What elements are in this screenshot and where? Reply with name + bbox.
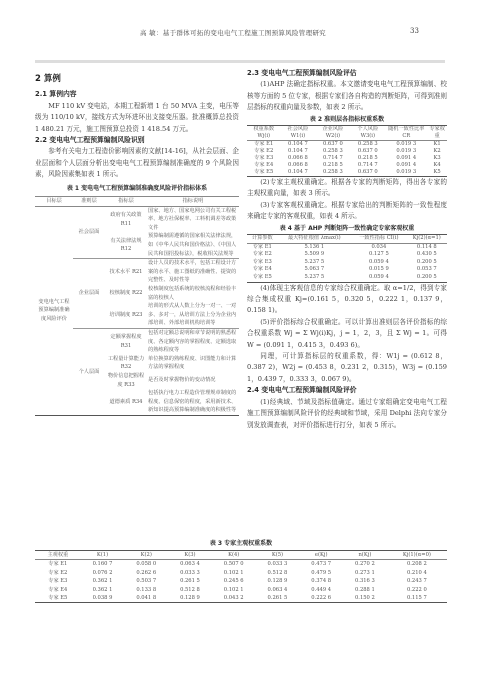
cell: 0.102 1	[212, 569, 256, 577]
cell: 0.091 4	[385, 155, 427, 162]
table4-header: Kj(2)(α=1)	[407, 235, 447, 244]
cell: 0.053 7	[407, 266, 447, 274]
cell: 0.714 7	[315, 155, 350, 162]
cell: K1	[427, 141, 447, 149]
cell: 0.015 9	[351, 266, 407, 274]
table1-caption: 表 1 变电电气工程预算编制准确度风险评价指标体系	[35, 183, 239, 194]
paragraph-indicator-weight: (5)评价指标综合权重确定。可以计算出准则层各评价指标的综合权重系数 Wj = …	[247, 317, 447, 351]
page-number: 33	[410, 27, 419, 35]
cell: 0.243 7	[387, 577, 447, 585]
cell: 0.479 5	[299, 569, 343, 577]
paragraph-subjective-weight: (2)专家主观权重确定。根据各专家的判断矩阵，得出各专家的主观权重向量，如表 3…	[247, 177, 447, 200]
cell: 0.218 5	[315, 162, 350, 169]
cell: 0.076 2	[81, 569, 125, 577]
table2-header: 个人风险 W3(i)	[350, 126, 385, 141]
cell: 0.059 4	[351, 274, 407, 282]
cell: 0.041 8	[124, 594, 168, 603]
table3-caption: 表 3 专家主观权重系数	[35, 538, 447, 547]
cell: 0.288 1	[343, 586, 387, 594]
cell: 0.058 0	[124, 560, 168, 569]
table4-header: 计算参数	[247, 235, 278, 244]
cell: 0.066 8	[280, 162, 315, 169]
cell: 0.270 2	[343, 560, 387, 569]
table1-indicator: 培训制度 R23	[105, 302, 147, 328]
cell: 专家 E5	[247, 169, 280, 177]
running-title: 高 敏：基于群体可拓的变电电气工程施工图预算风险管理研究	[140, 28, 326, 37]
right-column: 2.3 变电电气工程预算编制风险评估 (1)AHP 法确定指标权重。本文邀请变电…	[247, 68, 447, 431]
table-row: 专家 E50.104 70.258 30.637 00.019 3K5	[247, 169, 447, 177]
cell: 0.043 2	[212, 594, 256, 603]
cell: 0.637 0	[350, 148, 385, 155]
cell: 0.512 8	[256, 569, 300, 577]
table3-header: K(4)	[212, 551, 256, 560]
table1-indicator: 技术水平 R21	[105, 259, 147, 285]
table1-desc: 单位换算的熟练程度、识图能力和计算方法的掌握程度	[147, 355, 239, 372]
cell: 0.104 7	[280, 141, 315, 149]
cell: 0.430 5	[407, 251, 447, 259]
table1-criterion: 社会层面	[73, 206, 105, 259]
paragraph-2-1: MF 110 kV 变电站，本期工程新增 1 台 50 MVA 主变，电压等级为…	[35, 101, 239, 135]
table3-header: e(Kj)	[299, 551, 343, 560]
table1-indicator: 物价信息把握程度 R33	[105, 372, 147, 389]
table3-header: K(3)	[168, 551, 212, 560]
table3-header: K(5)	[256, 551, 300, 560]
cell: 0.102 1	[212, 586, 256, 594]
table-row: 专家 E30.362 10.503 70.261 50.245 60.128 9…	[35, 577, 447, 585]
table3-header: K(2)	[124, 551, 168, 560]
table1-desc: 培训的形式从人数上分为一对一、一对多、多对一，从培训方法上分为企业内部培训、外部…	[147, 302, 239, 328]
cell: 专家 E3	[35, 577, 81, 585]
table-row: 专家 E55.237 50.059 40.200 5	[247, 274, 447, 282]
table2-header: 企业风险 W2(i)	[315, 126, 350, 141]
top-divider	[35, 60, 445, 63]
cell: 0.063 4	[256, 586, 300, 594]
cell: K3	[427, 155, 447, 162]
cell: 专家 E5	[247, 274, 278, 282]
cell: 专家 E2	[247, 251, 278, 259]
cell: 0.273 1	[343, 569, 387, 577]
paragraph-2-2: 参考有关电力工程造价影响因素的文献[14-16]，从社会层面、企业层面和个人层面…	[35, 146, 239, 180]
cell: 0.258 3	[350, 141, 385, 149]
table3-header: Kj(1)(α=0)	[387, 551, 447, 560]
table1-desc: 是否及时掌握物价的变动情况	[147, 372, 239, 389]
cell: 0.160 7	[81, 560, 125, 569]
table1-indicator: 道德素质 R34	[105, 389, 147, 415]
cell: 专家 E2	[247, 148, 280, 155]
paragraph-objective-weight: (3)专家客观权重确定。根据专家给出的判断矩阵的一致性程度来确定专家的客观权重，…	[247, 200, 447, 223]
cell: 0.104 7	[280, 169, 315, 177]
paragraph-ahp: (1)AHP 法确定指标权重。本文邀请变电电气工程预算编制、校核等方面的 5 位…	[247, 79, 447, 113]
cell: K2	[427, 148, 447, 155]
table-row: 专家 E10.160 70.058 00.063 40.507 00.033 3…	[35, 560, 447, 569]
cell: 0.038 9	[81, 594, 125, 603]
cell: 0.261 5	[168, 577, 212, 585]
table1-desc: 设计人员的技术水平，包括工程设计方案的水平、施工图纸的准确性、提资的完整性、及时…	[147, 259, 239, 285]
cell: 专家 E1	[35, 560, 81, 569]
cell: 0.362 1	[81, 586, 125, 594]
paragraph-classic-domain: (1)经典域、节域及指标值确定。通过专家组确定变电电气工程施工图预算编制风险评价…	[247, 397, 447, 431]
cell: 0.210 4	[387, 569, 447, 577]
table2-header: 随机一致性比率 CR	[385, 126, 427, 141]
cell: 0.019 3	[385, 141, 427, 149]
cell: 0.150 2	[343, 594, 387, 603]
table-row: 专家 E35.237 50.059 40.200 5	[247, 259, 447, 267]
cell: 0.019 3	[385, 169, 427, 177]
cell: 0.091 4	[385, 162, 427, 169]
cell: 0.127 5	[351, 251, 407, 259]
table3-block: 表 3 专家主观权重系数 主观权重 K(1) K(2) K(3) K(4) K(…	[35, 538, 447, 603]
table-row: 专家 E40.066 80.218 50.714 70.091 4K4	[247, 162, 447, 169]
table1-indicator: 有关法律法规 R12	[105, 232, 147, 258]
table3-header: n(Kj)	[343, 551, 387, 560]
cell: 专家 E4	[247, 266, 278, 274]
table3-header: 主观权重	[35, 551, 81, 560]
table1-criterion: 个人层面	[73, 328, 105, 415]
cell: 0.033 3	[256, 560, 300, 569]
cell: 0.316 3	[343, 577, 387, 585]
table1-indicator: 定额掌握程度 R31	[105, 328, 147, 354]
table-row: 专家 E15.136 10.0340.114 8	[247, 243, 447, 251]
cell: 0.262 6	[124, 569, 168, 577]
table1-desc: 包括执行电力工程造价管理规章制度的程度、信息保密的程度，采用新技术、新知识提高预…	[147, 389, 239, 415]
cell: 0.034	[351, 243, 407, 251]
table2-caption: 表 2 准则层各指标权重系数	[247, 114, 447, 125]
cell: 5.237 5	[278, 274, 352, 282]
cell: 0.258 3	[315, 148, 350, 155]
cell: 0.128 9	[256, 577, 300, 585]
table1-desc: 国家、地方、国家电网公司有关工程税率、地方社保税率、工料机调差等政策文件	[147, 206, 239, 232]
cell: 0.200 5	[407, 274, 447, 282]
cell: 0.208 2	[387, 560, 447, 569]
table1-indicator: 政府有关政策 R11	[105, 206, 147, 232]
cell: 0.104 7	[280, 148, 315, 155]
cell: 0.507 0	[212, 560, 256, 569]
table3-header: K(1)	[81, 551, 125, 560]
cell: 0.066 8	[280, 155, 315, 162]
cell: K5	[427, 169, 447, 177]
table-row: 专家 E40.362 10.133 80.512 80.102 10.063 4…	[35, 586, 447, 594]
cell: 0.133 8	[124, 586, 168, 594]
subsection-heading-2-2: 2.2 变电电气工程预算编制风险识别	[35, 135, 239, 146]
paragraph-indicator-layer: 同理，可计算指标层的权重系数，得：W1j = (0.612 8，0.387 2)…	[247, 351, 447, 385]
table4-header: 最大特征根值 λmax(i)	[278, 235, 352, 244]
cell: 0.245 6	[212, 577, 256, 585]
cell: 0.019 3	[385, 148, 427, 155]
table-row: 专家 E10.104 70.637 00.258 30.019 3K1	[247, 141, 447, 149]
table2: 权重系数 Wj(i) 社会风险 W1(i) 企业风险 W2(i) 个人风险 W3…	[247, 125, 447, 177]
table2-header: 权重系数 Wj(i)	[247, 126, 280, 141]
table1-header: 目标层	[35, 197, 73, 207]
table1-indicator: 校核制度 R22	[105, 285, 147, 302]
table1-desc: 校核制度包括系统的校核流程和经验丰富的校核人	[147, 285, 239, 302]
cell: 0.222 6	[299, 594, 343, 603]
cell: 专家 E5	[35, 594, 81, 603]
table-row: 专家 E45.063 70.015 90.053 7	[247, 266, 447, 274]
cell: 0.637 0	[315, 141, 350, 149]
cell: 5.509 9	[278, 251, 352, 259]
cell: 5.063 7	[278, 266, 352, 274]
subsection-heading-2-3: 2.3 变电电气工程预算编制风险评估	[247, 68, 447, 79]
cell: 5.237 5	[278, 259, 352, 267]
cell: 0.374 8	[299, 577, 343, 585]
table1-target: 变电电气工程预算编制准确度风险评价	[35, 206, 73, 415]
cell: 0.261 5	[256, 594, 300, 603]
subsection-heading-2-1: 2.1 算例内容	[35, 89, 239, 100]
page-header: 高 敏：基于群体可拓的变电电气工程施工图预算风险管理研究 33	[0, 26, 480, 40]
table-row: 专家 E25.509 90.127 50.430 5	[247, 251, 447, 259]
table2-header: 社会风险 W1(i)	[280, 126, 315, 141]
paragraph-combined-weight: (4)体现主客观信息的专家综合权重确定。取 α=1/2，得到专家综合集成权重 K…	[247, 283, 447, 317]
table4-caption: 表 4 基于 AHP 判断矩阵一致性确定专家客观权重	[247, 223, 447, 234]
table1: 目标层 准则层 指标层 指标说明 变电电气工程预算编制准确度风险评价 社会层面 …	[35, 196, 239, 416]
cell: 0.222 0	[387, 586, 447, 594]
cell: 0.637 0	[350, 169, 385, 177]
cell: 0.218 5	[350, 155, 385, 162]
cell: 0.115 7	[387, 594, 447, 603]
section-heading: 2 算例	[35, 74, 239, 85]
table1-desc: 包括对定额总说明和章节说明的熟悉程度、各定额内容的掌握程度、定额选取的熟练程度等	[147, 328, 239, 354]
cell: 0.362 1	[81, 577, 125, 585]
cell: 0.128 9	[168, 594, 212, 603]
cell: K4	[427, 162, 447, 169]
left-column: 2 算例 2.1 算例内容 MF 110 kV 变电站，本期工程新增 1 台 5…	[35, 68, 239, 416]
table1-header: 指标说明	[147, 197, 239, 207]
table1-criterion: 企业层面	[73, 259, 105, 329]
cell: 专家 E2	[35, 569, 81, 577]
cell: 专家 E3	[247, 155, 280, 162]
cell: 0.258 3	[315, 169, 350, 177]
table3: 主观权重 K(1) K(2) K(3) K(4) K(5) e(Kj) n(Kj…	[35, 550, 447, 603]
table-row: 专家 E20.076 20.262 60.033 30.102 10.512 8…	[35, 569, 447, 577]
cell: 0.512 8	[168, 586, 212, 594]
cell: 专家 E1	[247, 141, 280, 149]
cell: 0.059 4	[351, 259, 407, 267]
table1-desc: 预算编制需遵循的国家相关法律法规，如《中华人民共和国价格法》、《中国人民共和国招…	[147, 232, 239, 258]
cell: 0.473 7	[299, 560, 343, 569]
cell: 5.136 1	[278, 243, 352, 251]
table-row: 专家 E50.038 90.041 80.128 90.043 20.261 5…	[35, 594, 447, 603]
cell: 0.503 7	[124, 577, 168, 585]
table4-header: 一致性指标 CI(i)	[351, 235, 407, 244]
table2-header: 专家权重	[427, 126, 447, 141]
cell: 0.114 8	[407, 243, 447, 251]
table1-header: 准则层	[73, 197, 105, 207]
cell: 0.449 4	[299, 586, 343, 594]
table-row: 专家 E20.104 70.258 30.637 00.019 3K2	[247, 148, 447, 155]
table-row: 专家 E30.066 80.714 70.218 50.091 4K3	[247, 155, 447, 162]
table1-header: 指标层	[105, 197, 147, 207]
cell: 专家 E4	[247, 162, 280, 169]
subsection-heading-2-4: 2.4 变电电气工程预算编制风险评价	[247, 385, 447, 396]
table1-indicator: 工程量计算能力 R32	[105, 355, 147, 372]
cell: 专家 E4	[35, 586, 81, 594]
cell: 0.714 7	[350, 162, 385, 169]
cell: 0.063 4	[168, 560, 212, 569]
cell: 0.200 5	[407, 259, 447, 267]
cell: 0.033 3	[168, 569, 212, 577]
table4: 计算参数 最大特征根值 λmax(i) 一致性指标 CI(i) Kj(2)(α=…	[247, 234, 447, 283]
